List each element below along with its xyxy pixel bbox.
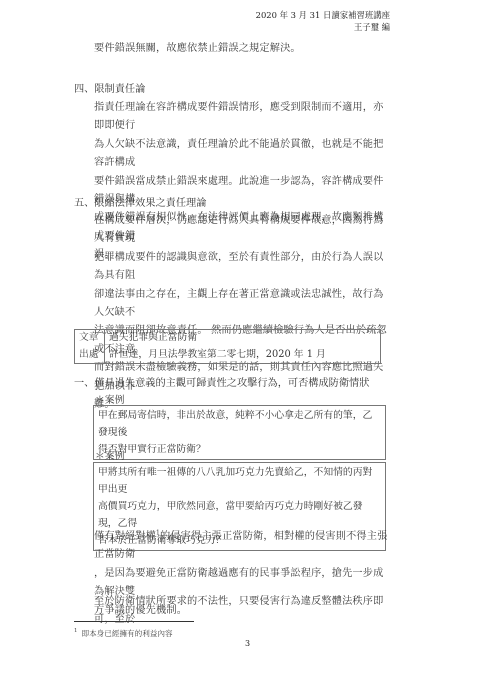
source-value-article: 過失犯罪與正當防衛 — [105, 330, 380, 347]
source-label-article: 文章 — [75, 330, 105, 347]
case2-label: ＊案例 — [95, 448, 124, 462]
document-page: 2020 年 3 月 31 日讀家補習班講座 王子璽 編 要件錯誤無關，故應依禁… — [0, 0, 494, 700]
source-label-origin: 出處 — [75, 347, 105, 364]
section5-line: 犯罪構成要件的認識與意欲，至於有責性部分，由於行為人誤以為具有阻 — [94, 249, 389, 286]
paragraph-text: 僅有對絕對權 — [94, 531, 156, 542]
footnote-text: 即本身已經擁有的利益內容 — [82, 629, 173, 638]
case2-line: 甲將其所有唯一祖傳的八八乳加巧克力先賣給乙，不知情的丙對甲出更 — [98, 464, 381, 498]
unlawfulness-paragraph: 至於防衛情狀所要求的不法性，只要侵害行為違反整體法秩序即可，至於 — [94, 593, 389, 630]
section4-line: 指責任理論在容許構成要件錯誤情形，應受到限制而不適用，亦即即便行 — [94, 99, 389, 136]
footnote-separator — [74, 621, 194, 622]
case1-line: 甲在郵局寄信時，非出於故意，純粹不小心拿走乙所有的筆，乙發現後 — [98, 407, 381, 441]
intro-continuation: 要件錯誤無關，故應依禁止錯誤之規定解決。 — [94, 40, 389, 58]
case2-line: 高價買巧克力，甲欣然同意，當甲要給丙巧克力時剛好被乙發現，乙得 — [98, 498, 381, 532]
article-source-box: 文章 過失犯罪與正當防衛 出處 許恒達，月旦法學教室第二零七期，2020 年 1… — [74, 329, 381, 364]
footnote-number: 1 — [74, 628, 78, 634]
case1-line: 得否對甲實行正當防衛？ — [98, 441, 381, 458]
case1-box: 甲在郵局寄信時，非出於故意，純粹不小心拿走乙所有的筆，乙發現後 得否對甲實行正當… — [93, 405, 386, 460]
header-date-line: 2020 年 3 月 31 日讀家補習班講座 — [256, 9, 390, 21]
header-author-line: 王子璽 編 — [256, 21, 390, 33]
footnote: 1即本身已經擁有的利益內容 — [74, 628, 173, 639]
page-header: 2020 年 3 月 31 日讀家補習班講座 王子璽 編 — [256, 9, 390, 33]
section5-line: 在構成要件層次，仍應認定行為人具有構成要件故意，因為行為人有實現 — [94, 212, 389, 249]
source-value-origin: 許恒達，月旦法學教室第二零七期，2020 年 1 月 — [105, 347, 380, 364]
page-number: 3 — [245, 639, 250, 648]
section5-line: 卻違法事由之存在，主觀上存在著正當意識或法忠誠性，故行為人欠缺不 — [94, 286, 389, 323]
section4-line: 為人欠缺不法意識，責任理論於此不能過於貫徹，也就是不能把容許構成 — [94, 136, 389, 173]
case1-label: ＊案例 — [95, 392, 124, 406]
section1-heading: 一、僅具過失意義的主觀可歸責性之攻擊行為，可否構成防衛情狀 — [74, 376, 369, 392]
section4-heading: 四、限制責任論 — [74, 82, 145, 98]
section5-heading: 五、限縮法律效果之責任理論 — [74, 196, 206, 212]
paragraph-line: 僅有對絕對權1的侵害得主張正當防衛，相對權的侵害則不得主張正當防衛 — [94, 528, 389, 565]
